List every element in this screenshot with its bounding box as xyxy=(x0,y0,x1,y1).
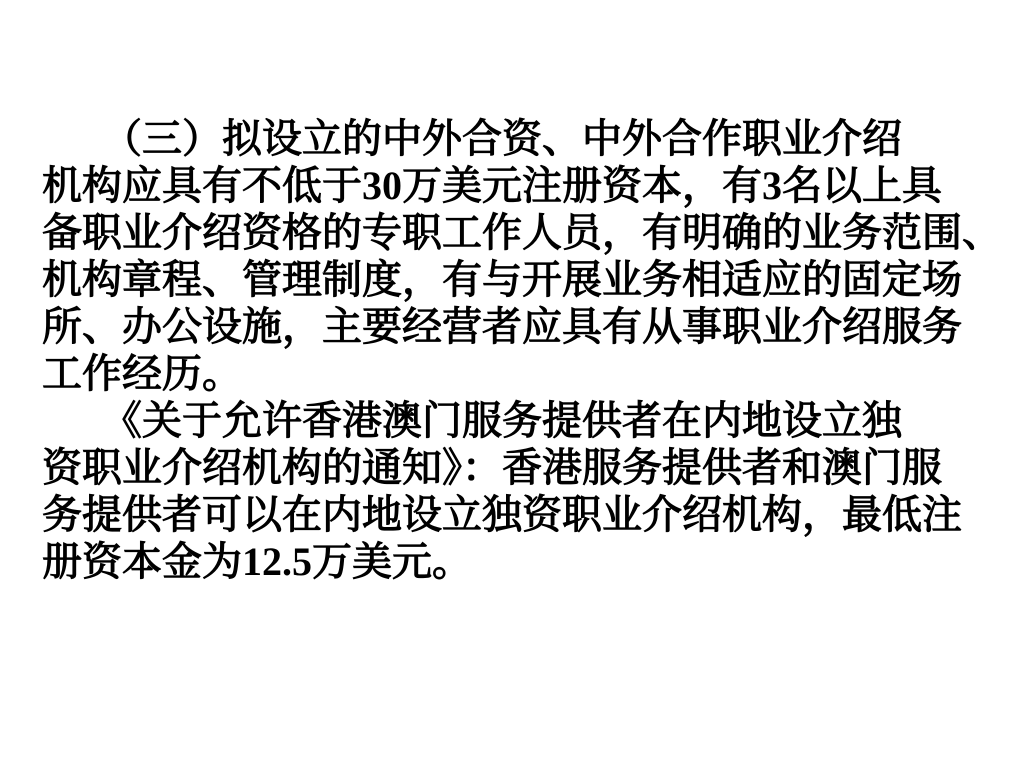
text-line: 务提供者可以在内地设立独资职业介绍机构，最低注 xyxy=(42,491,1002,538)
text-line: （三）拟设立的中外合资、中外合作职业介绍 xyxy=(42,115,1002,162)
text-line: 机构应具有不低于30万美元注册资本，有3名以上具 xyxy=(42,162,1002,209)
slide-text-block: （三）拟设立的中外合资、中外合作职业介绍 机构应具有不低于30万美元注册资本，有… xyxy=(42,115,1002,585)
presentation-slide: （三）拟设立的中外合资、中外合作职业介绍 机构应具有不低于30万美元注册资本，有… xyxy=(0,0,1024,768)
text-line: 备职业介绍资格的专职工作人员，有明确的业务范围、 xyxy=(42,209,1002,256)
paragraph-hk-macau-notice: 《关于允许香港澳门服务提供者在内地设立独 资职业介绍机构的通知》：香港服务提供者… xyxy=(42,397,1002,585)
text-line: 所、办公设施，主要经营者应具有从事职业介绍服务 xyxy=(42,303,1002,350)
paragraph-requirements: （三）拟设立的中外合资、中外合作职业介绍 机构应具有不低于30万美元注册资本，有… xyxy=(42,115,1002,397)
text-line: 《关于允许香港澳门服务提供者在内地设立独 xyxy=(42,397,1002,444)
text-line: 册资本金为12.5万美元。 xyxy=(42,538,1002,585)
text-line: 机构章程、管理制度，有与开展业务相适应的固定场 xyxy=(42,256,1002,303)
text-line: 资职业介绍机构的通知》：香港服务提供者和澳门服 xyxy=(42,444,1002,491)
text-line: 工作经历。 xyxy=(42,350,1002,397)
